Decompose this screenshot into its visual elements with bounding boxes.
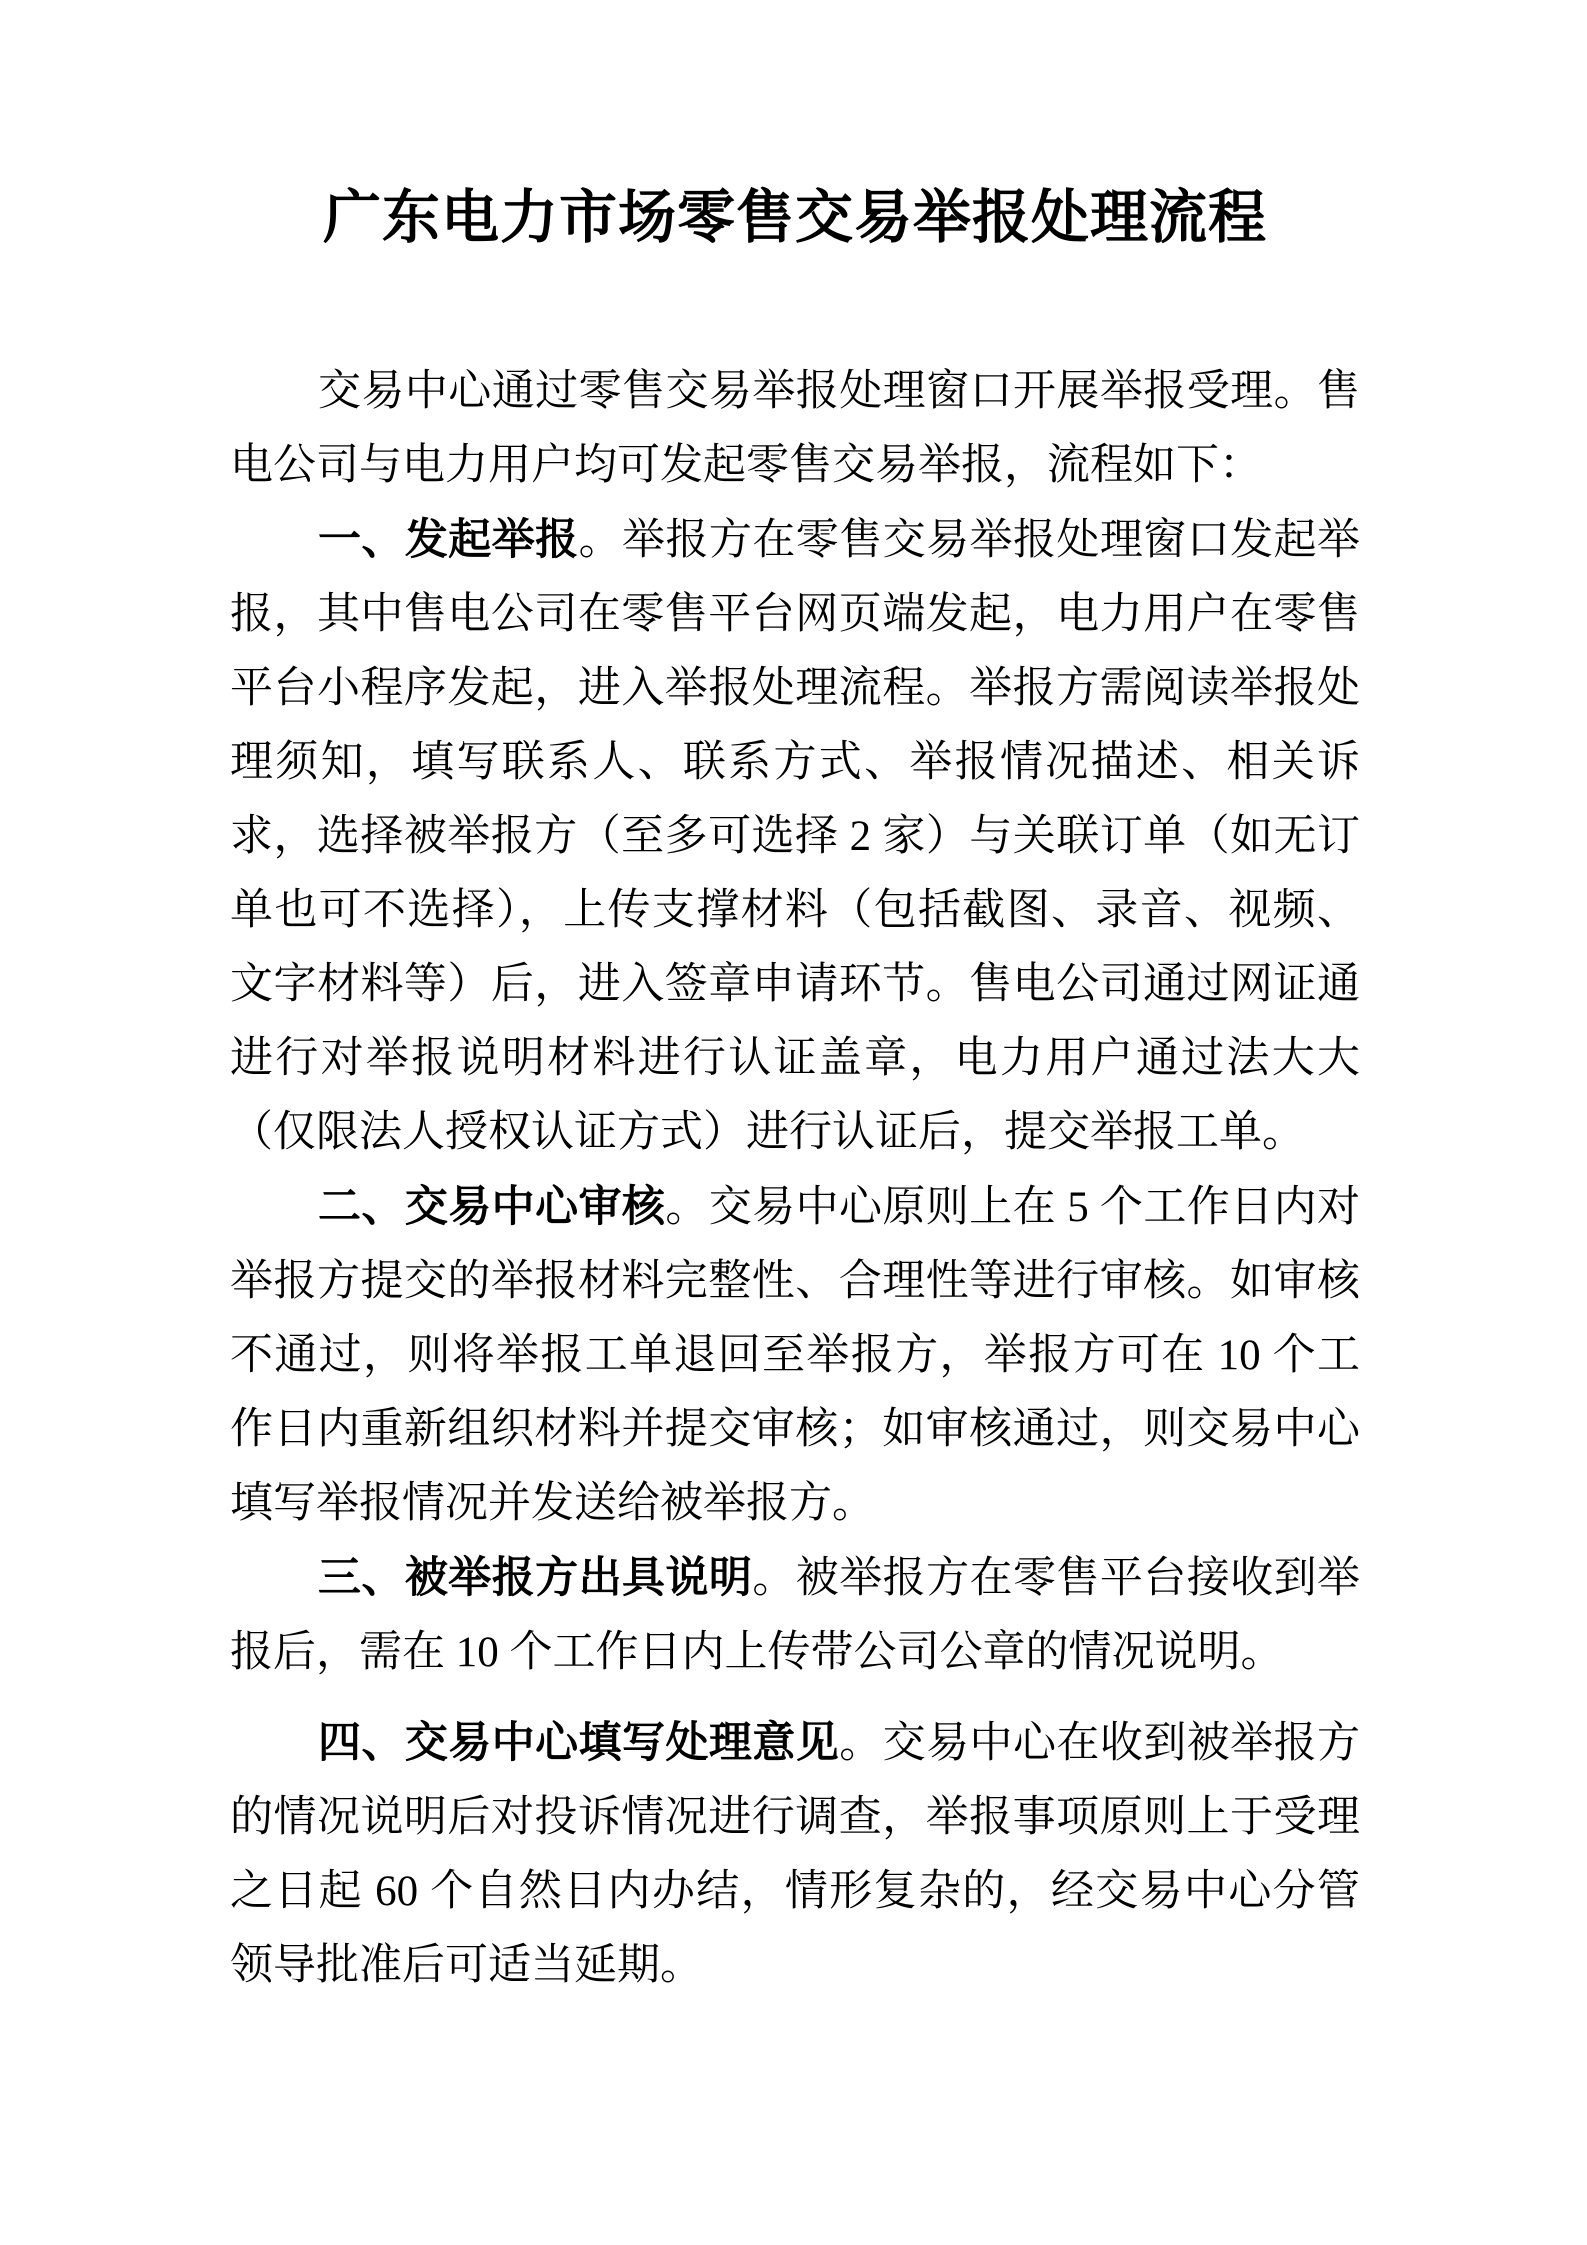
paragraph-text: 。交易中心原则上在 5 个工作日内对举报方提交的举报材料完整性、合理性等进行审核… bbox=[230, 1184, 1360, 1527]
paragraph-intro: 交易中心通过零售交易举报处理窗口开展举报受理。售电公司与电力用户均可发起零售交易… bbox=[230, 354, 1360, 503]
document-title: 广东电力市场零售交易举报处理流程 bbox=[230, 178, 1360, 258]
paragraph-section-1: 一、发起举报。举报方在零售交易举报处理窗口发起举报，其中售电公司在零售平台网页端… bbox=[230, 503, 1360, 1170]
section-3-heading: 三、被举报方出具说明 bbox=[318, 1554, 752, 1602]
paragraph-section-2: 二、交易中心审核。交易中心原则上在 5 个工作日内对举报方提交的举报材料完整性、… bbox=[230, 1170, 1360, 1541]
document-page: 广东电力市场零售交易举报处理流程 交易中心通过零售交易举报处理窗口开展举报受理。… bbox=[0, 0, 1587, 2245]
paragraph-section-3: 三、被举报方出具说明。被举报方在零售平台接收到举报后，需在 10 个工作日内上传… bbox=[230, 1541, 1360, 1690]
paragraph-section-4: 四、交易中心填写处理意见。交易中心在收到被举报方的情况说明后对投诉情况进行调查，… bbox=[230, 1706, 1360, 2003]
section-1-heading: 一、发起举报 bbox=[318, 516, 579, 564]
section-2-heading: 二、交易中心审核 bbox=[318, 1183, 665, 1231]
paragraph-text: 。举报方在零售交易举报处理窗口发起举报，其中售电公司在零售平台网页端发起，电力用… bbox=[230, 517, 1360, 1156]
paragraph-text: 交易中心通过零售交易举报处理窗口开展举报受理。售电公司与电力用户均可发起零售交易… bbox=[230, 368, 1360, 489]
section-4-heading: 四、交易中心填写处理意见 bbox=[318, 1719, 839, 1767]
